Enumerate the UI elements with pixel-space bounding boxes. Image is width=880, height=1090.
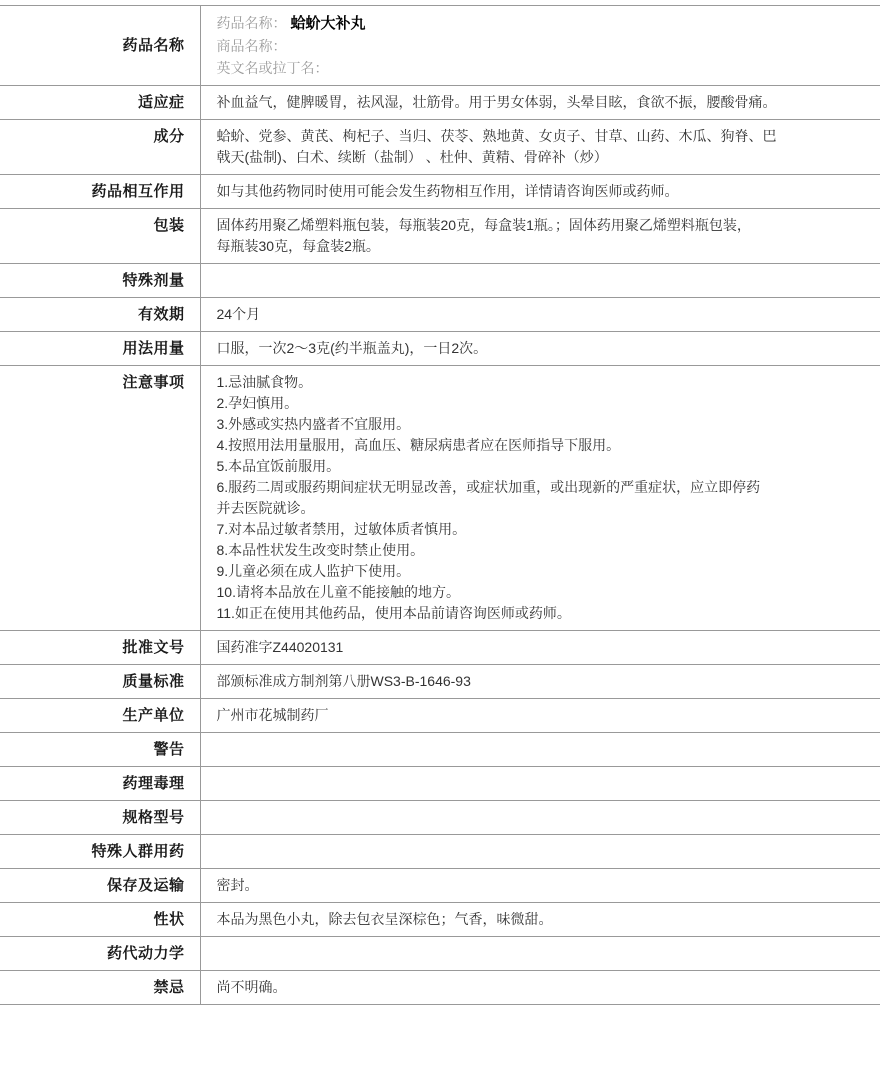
table-row: 适应症补血益气，健脾暖胃，祛风湿，壮筋骨。用于男女体弱，头晕目眩，食欲不振，腰酸… bbox=[0, 86, 880, 120]
value-line: 6.服药二周或服药期间症状无明显改善，或症状加重，或出现新的严重症状，应立即停药 bbox=[217, 477, 821, 498]
row-value bbox=[200, 801, 880, 835]
row-value: 如与其他药物同时使用可能会发生药物相互作用，详情请咨询医师或药师。 bbox=[200, 175, 880, 209]
table-row: 注意事项1.忌油腻食物。2.孕妇慎用。3.外感或实热内盛者不宜服用。4.按照用法… bbox=[0, 366, 880, 631]
table-row: 有效期24个月 bbox=[0, 298, 880, 332]
table-row: 警告 bbox=[0, 733, 880, 767]
row-value: 广州市花城制药厂 bbox=[200, 699, 880, 733]
table-row: 生产单位广州市花城制药厂 bbox=[0, 699, 880, 733]
value-line: 本品为黑色小丸，除去包衣呈深棕色；气香，味微甜。 bbox=[217, 909, 821, 930]
row-label: 禁忌 bbox=[0, 971, 200, 1005]
row-value: 药品名称：蛤蚧大补丸商品名称：英文名或拉丁名： bbox=[200, 6, 880, 86]
value-line: 广州市花城制药厂 bbox=[217, 705, 821, 726]
field-value: 蛤蚧大补丸 bbox=[291, 15, 366, 32]
drug-name-field-line: 英文名或拉丁名： bbox=[217, 57, 821, 79]
row-value bbox=[200, 767, 880, 801]
value-line: 并去医院就诊。 bbox=[217, 498, 821, 519]
value-line: 10.请将本品放在儿童不能接触的地方。 bbox=[217, 582, 821, 603]
value-line: 5.本品宜饭前服用。 bbox=[217, 456, 821, 477]
row-label: 药代动力学 bbox=[0, 937, 200, 971]
table-row: 药理毒理 bbox=[0, 767, 880, 801]
value-line: 9.儿童必须在成人监护下使用。 bbox=[217, 561, 821, 582]
value-line: 4.按照用法用量服用，高血压、糖尿病患者应在医师指导下服用。 bbox=[217, 435, 821, 456]
row-label: 药理毒理 bbox=[0, 767, 200, 801]
table-row: 批准文号国药准字Z44020131 bbox=[0, 631, 880, 665]
row-label: 药品名称 bbox=[0, 6, 200, 86]
value-line: 24个月 bbox=[217, 304, 821, 325]
table-row: 质量标准部颁标准成方制剂第八册WS3-B-1646-93 bbox=[0, 665, 880, 699]
row-value: 国药准字Z44020131 bbox=[200, 631, 880, 665]
value-line: 戟天(盐制)、白术、续断（盐制） 、杜仲、黄精、骨碎补（炒） bbox=[217, 147, 821, 168]
row-value: 部颁标准成方制剂第八册WS3-B-1646-93 bbox=[200, 665, 880, 699]
field-label: 商品名称： bbox=[217, 38, 287, 54]
row-label: 有效期 bbox=[0, 298, 200, 332]
row-label: 保存及运输 bbox=[0, 869, 200, 903]
field-label: 药品名称： bbox=[217, 15, 287, 31]
row-value bbox=[200, 264, 880, 298]
value-line: 固体药用聚乙烯塑料瓶包装，每瓶装20克，每盒装1瓶。；固体药用聚乙烯塑料瓶包装， bbox=[217, 215, 821, 236]
value-line: 口服，一次2～3克(约半瓶盖丸)，一日2次。 bbox=[217, 338, 821, 359]
row-value: 补血益气，健脾暖胃，祛风湿，壮筋骨。用于男女体弱，头晕目眩，食欲不振，腰酸骨痛。 bbox=[200, 86, 880, 120]
drug-name-field-line: 药品名称：蛤蚧大补丸 bbox=[217, 12, 821, 35]
row-value bbox=[200, 733, 880, 767]
value-line: 蛤蚧、党参、黄芪、枸杞子、当归、茯苓、熟地黄、女贞子、甘草、山药、木瓜、狗脊、巴 bbox=[217, 126, 821, 147]
table-row: 规格型号 bbox=[0, 801, 880, 835]
value-line: 每瓶装30克，每盒装2瓶。 bbox=[217, 236, 821, 257]
table-row: 保存及运输密封。 bbox=[0, 869, 880, 903]
value-line: 尚不明确。 bbox=[217, 977, 821, 998]
table-row: 药品名称药品名称：蛤蚧大补丸商品名称：英文名或拉丁名： bbox=[0, 6, 880, 86]
row-value: 24个月 bbox=[200, 298, 880, 332]
row-value: 1.忌油腻食物。2.孕妇慎用。3.外感或实热内盛者不宜服用。4.按照用法用量服用… bbox=[200, 366, 880, 631]
row-label: 特殊剂量 bbox=[0, 264, 200, 298]
drug-info-table: 药品名称药品名称：蛤蚧大补丸商品名称：英文名或拉丁名：适应症补血益气，健脾暖胃，… bbox=[0, 5, 880, 1005]
row-label: 用法用量 bbox=[0, 332, 200, 366]
row-label: 包装 bbox=[0, 209, 200, 264]
row-label: 注意事项 bbox=[0, 366, 200, 631]
drug-info-table-body: 药品名称药品名称：蛤蚧大补丸商品名称：英文名或拉丁名：适应症补血益气，健脾暖胃，… bbox=[0, 6, 880, 1005]
row-label: 成分 bbox=[0, 120, 200, 175]
value-line: 2.孕妇慎用。 bbox=[217, 393, 821, 414]
row-value: 密封。 bbox=[200, 869, 880, 903]
row-label: 质量标准 bbox=[0, 665, 200, 699]
value-line: 如与其他药物同时使用可能会发生药物相互作用，详情请咨询医师或药师。 bbox=[217, 181, 821, 202]
table-row: 用法用量口服，一次2～3克(约半瓶盖丸)，一日2次。 bbox=[0, 332, 880, 366]
table-row: 特殊人群用药 bbox=[0, 835, 880, 869]
row-label: 警告 bbox=[0, 733, 200, 767]
row-value bbox=[200, 937, 880, 971]
table-row: 药代动力学 bbox=[0, 937, 880, 971]
row-label: 规格型号 bbox=[0, 801, 200, 835]
value-line: 8.本品性状发生改变时禁止使用。 bbox=[217, 540, 821, 561]
value-line: 部颁标准成方制剂第八册WS3-B-1646-93 bbox=[217, 671, 821, 692]
table-row: 包装固体药用聚乙烯塑料瓶包装，每瓶装20克，每盒装1瓶。；固体药用聚乙烯塑料瓶包… bbox=[0, 209, 880, 264]
value-line: 11.如正在使用其他药品，使用本品前请咨询医师或药师。 bbox=[217, 603, 821, 624]
table-row: 禁忌尚不明确。 bbox=[0, 971, 880, 1005]
row-label: 性状 bbox=[0, 903, 200, 937]
row-value: 口服，一次2～3克(约半瓶盖丸)，一日2次。 bbox=[200, 332, 880, 366]
row-label: 特殊人群用药 bbox=[0, 835, 200, 869]
value-line: 1.忌油腻食物。 bbox=[217, 372, 821, 393]
value-line: 补血益气，健脾暖胃，祛风湿，壮筋骨。用于男女体弱，头晕目眩，食欲不振，腰酸骨痛。 bbox=[217, 92, 821, 113]
row-label: 适应症 bbox=[0, 86, 200, 120]
row-value: 尚不明确。 bbox=[200, 971, 880, 1005]
table-row: 成分蛤蚧、党参、黄芪、枸杞子、当归、茯苓、熟地黄、女贞子、甘草、山药、木瓜、狗脊… bbox=[0, 120, 880, 175]
row-value: 本品为黑色小丸，除去包衣呈深棕色；气香，味微甜。 bbox=[200, 903, 880, 937]
row-label: 药品相互作用 bbox=[0, 175, 200, 209]
row-value bbox=[200, 835, 880, 869]
table-row: 特殊剂量 bbox=[0, 264, 880, 298]
value-line: 7.对本品过敏者禁用，过敏体质者慎用。 bbox=[217, 519, 821, 540]
drug-name-field-line: 商品名称： bbox=[217, 35, 821, 57]
value-line: 密封。 bbox=[217, 875, 821, 896]
field-label: 英文名或拉丁名： bbox=[217, 60, 329, 76]
value-line: 国药准字Z44020131 bbox=[217, 637, 821, 658]
row-value: 蛤蚧、党参、黄芪、枸杞子、当归、茯苓、熟地黄、女贞子、甘草、山药、木瓜、狗脊、巴… bbox=[200, 120, 880, 175]
table-row: 药品相互作用如与其他药物同时使用可能会发生药物相互作用，详情请咨询医师或药师。 bbox=[0, 175, 880, 209]
row-label: 批准文号 bbox=[0, 631, 200, 665]
value-line: 3.外感或实热内盛者不宜服用。 bbox=[217, 414, 821, 435]
row-label: 生产单位 bbox=[0, 699, 200, 733]
table-row: 性状本品为黑色小丸，除去包衣呈深棕色；气香，味微甜。 bbox=[0, 903, 880, 937]
row-value: 固体药用聚乙烯塑料瓶包装，每瓶装20克，每盒装1瓶。；固体药用聚乙烯塑料瓶包装，… bbox=[200, 209, 880, 264]
